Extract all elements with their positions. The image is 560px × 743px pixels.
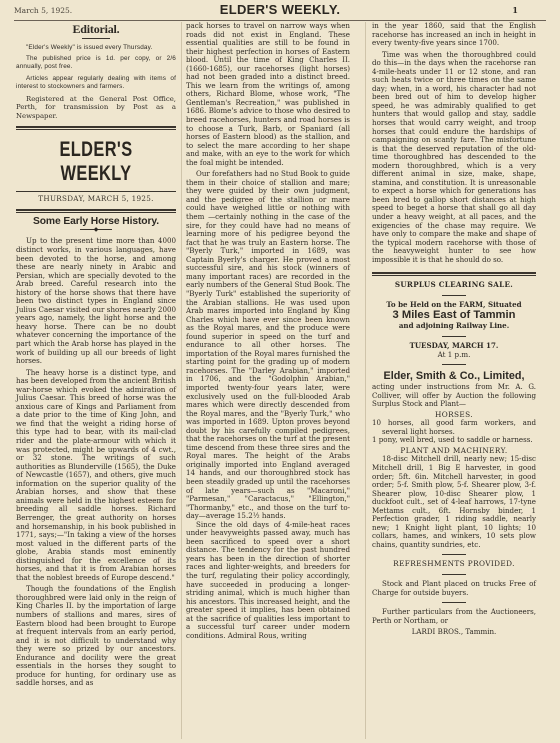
ad-item: 10 horses, all good farm workers, and se… [372,419,536,436]
ornament-divider: ◆ [16,227,176,233]
editorial-title: Editorial. [16,25,176,34]
editorial-paragraph: "Elder's Weekly" is issued every Thursda… [16,44,176,52]
divider [442,602,466,603]
column-2: pack horses to travel on narrow ways whe… [186,22,350,640]
editorial-paragraph: Registered at the General Post Office, P… [16,95,176,121]
page-number: 1 [512,5,518,15]
divider [442,554,466,555]
column-1: Editorial. "Elder's Weekly" is issued ev… [16,22,176,688]
newspaper-page: March 5, 1925. ELDER'S WEEKLY. 1 Editori… [0,0,560,743]
ad-trucking: Stock and Plant placed on trucks Free of… [372,580,536,597]
ad-location-sub: and adjoining Railway Line. [372,322,536,331]
divider [372,272,536,276]
divider [82,38,110,39]
editorial-paragraph: The published price is 1d. per copy, or … [16,55,176,72]
ad-further: Further particulars from the Auctioneers… [372,608,536,625]
nameplate-date: THURSDAY, MARCH 5, 1925. [16,195,176,204]
ad-item: 1 pony, well bred, used to saddle or har… [372,436,536,445]
article-paragraph: Our forefathers had no Stud Book to guid… [186,170,350,520]
masthead-title: ELDER'S WEEKLY. [14,2,546,17]
ad-intro: acting under instructions from Mr. A. G.… [372,383,536,409]
ad-agent: LARDI BROS., Tammin. [372,628,536,637]
column-divider [365,22,366,739]
ad-time: At 1 p.m. [372,351,536,360]
column-3: in the year 1860, said that the English … [372,22,536,637]
divider [442,336,466,337]
divider [16,191,176,192]
article-paragraph: pack horses to travel on narrow ways whe… [186,22,350,167]
nameplate-title: ELDER'S WEEKLY [34,138,159,186]
ad-location-line: To be Held on the FARM, Situated [372,301,536,310]
ad-heading: SURPLUS CLEARING SALE. [372,281,536,290]
ad-item: 18-disc Mitchell drill, nearly new; 15-d… [372,455,536,549]
article-title: Some Early Horse History. [16,218,176,227]
divider [442,574,466,575]
column-divider [181,22,182,739]
article-paragraph: in the year 1860, said that the English … [372,22,536,48]
article-paragraph: Though the foundations of the English th… [16,585,176,688]
divider [16,126,176,130]
article-paragraph: The heavy horse is a distinct type, and … [16,369,176,583]
divider [442,295,466,296]
article-paragraph: Time was when the thoroughbred could do … [372,51,536,265]
article-paragraph: Since the old days of 4-mile-heat races … [186,521,350,641]
masthead: March 5, 1925. ELDER'S WEEKLY. 1 [14,0,546,21]
divider [442,364,466,365]
divider [16,209,176,213]
ad-refreshments: REFRESHMENTS PROVIDED. [372,560,536,569]
editorial-paragraph: Articles appear regularly dealing with i… [16,75,176,92]
article-paragraph: Up to the present time more than 4000 di… [16,237,176,365]
